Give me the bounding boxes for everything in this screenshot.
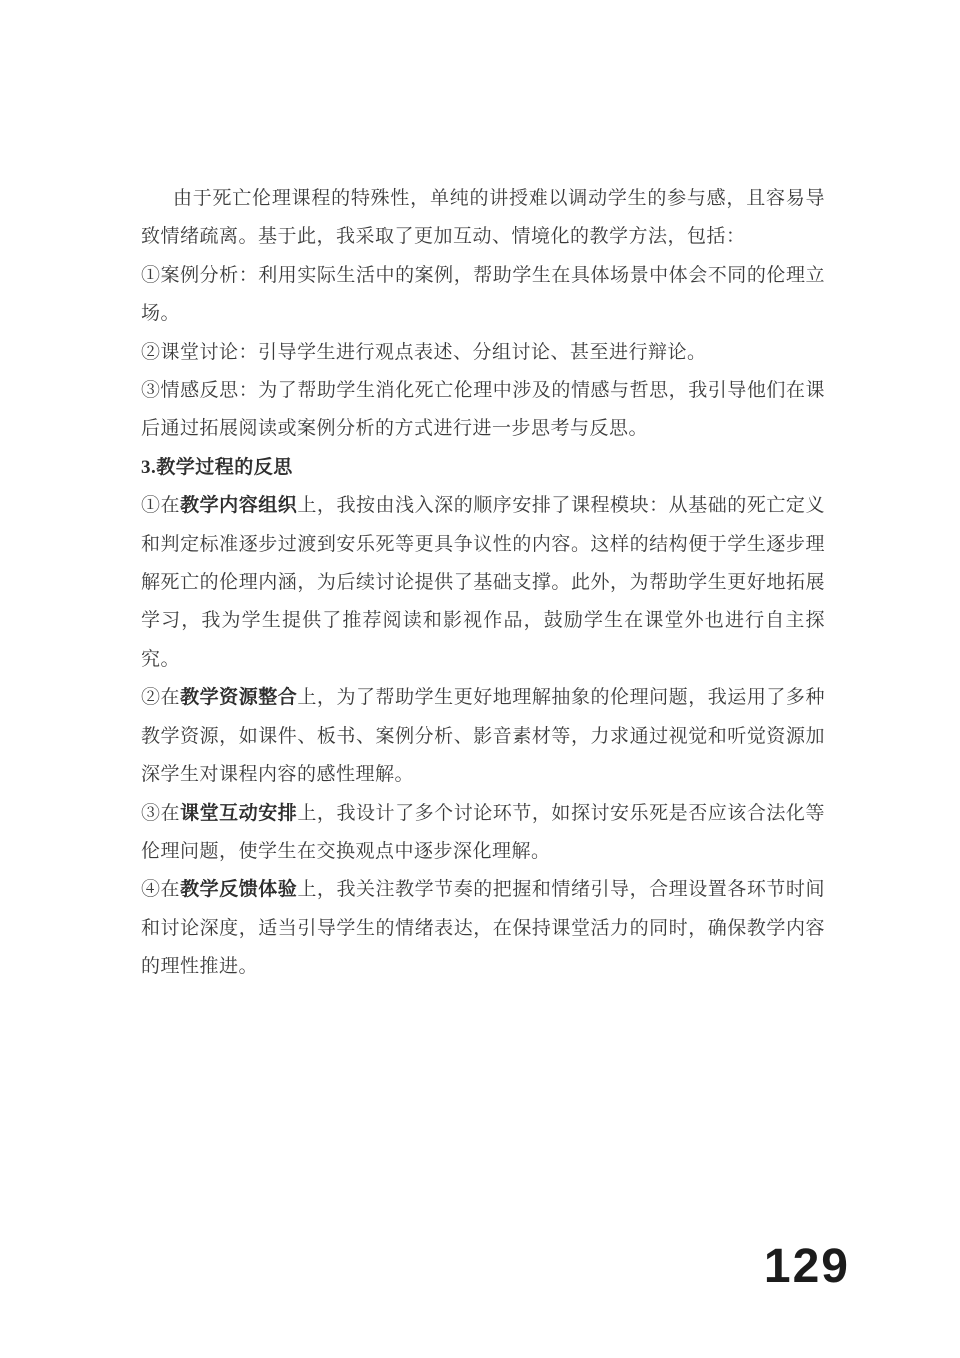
bold-text-run: 教学反馈体验	[180, 879, 297, 900]
bold-text-run: 教学资源整合	[180, 687, 297, 708]
text-run: ④在	[141, 879, 180, 900]
paragraph: ④在教学反馈体验上，我关注教学节奏的把握和情绪引导，合理设置各环节时间和讨论深度…	[141, 871, 825, 986]
text-run: 上，我按由浅入深的顺序安排了课程模块：从基础的死亡定义和判定标准逐步过渡到安乐死…	[141, 495, 825, 670]
bold-text-run: 课堂互动安排	[180, 803, 297, 824]
paragraph: ②在教学资源整合上，为了帮助学生更好地理解抽象的伦理问题，我运用了多种教学资源，…	[141, 679, 825, 794]
paragraph: ③在课堂互动安排上，我设计了多个讨论环节，如探讨安乐死是否应该合法化等伦理问题，…	[141, 795, 825, 872]
text-run: ①案例分析：利用实际生活中的案例，帮助学生在具体场景中体会不同的伦理立场。	[141, 265, 825, 324]
text-run: ②在	[141, 687, 180, 708]
paragraph: ①在教学内容组织上，我按由浅入深的顺序安排了课程模块：从基础的死亡定义和判定标准…	[141, 487, 825, 679]
document-page: 由于死亡伦理课程的特殊性，单纯的讲授难以调动学生的参与感，且容易导致情绪疏离。基…	[0, 0, 960, 1358]
page-number: 129	[764, 1239, 850, 1294]
paragraph: 由于死亡伦理课程的特殊性，单纯的讲授难以调动学生的参与感，且容易导致情绪疏离。基…	[141, 180, 825, 257]
text-run: ③在	[141, 803, 180, 824]
text-run: ①在	[141, 495, 180, 516]
bold-text-run: 3.教学过程的反思	[141, 457, 293, 478]
text-run: 由于死亡伦理课程的特殊性，单纯的讲授难以调动学生的参与感，且容易导致情绪疏离。基…	[141, 188, 825, 247]
text-run: ③情感反思：为了帮助学生消化死亡伦理中涉及的情感与哲思，我引导他们在课后通过拓展…	[141, 380, 825, 439]
paragraph: ③情感反思：为了帮助学生消化死亡伦理中涉及的情感与哲思，我引导他们在课后通过拓展…	[141, 372, 825, 449]
bold-text-run: 教学内容组织	[180, 495, 297, 516]
paragraph: ①案例分析：利用实际生活中的案例，帮助学生在具体场景中体会不同的伦理立场。	[141, 257, 825, 334]
text-run: ②课堂讨论：引导学生进行观点表述、分组讨论、甚至进行辩论。	[141, 342, 707, 363]
section-heading: 3.教学过程的反思	[141, 449, 825, 487]
paragraph: ②课堂讨论：引导学生进行观点表述、分组讨论、甚至进行辩论。	[141, 334, 825, 372]
document-body: 由于死亡伦理课程的特殊性，单纯的讲授难以调动学生的参与感，且容易导致情绪疏离。基…	[141, 180, 825, 987]
